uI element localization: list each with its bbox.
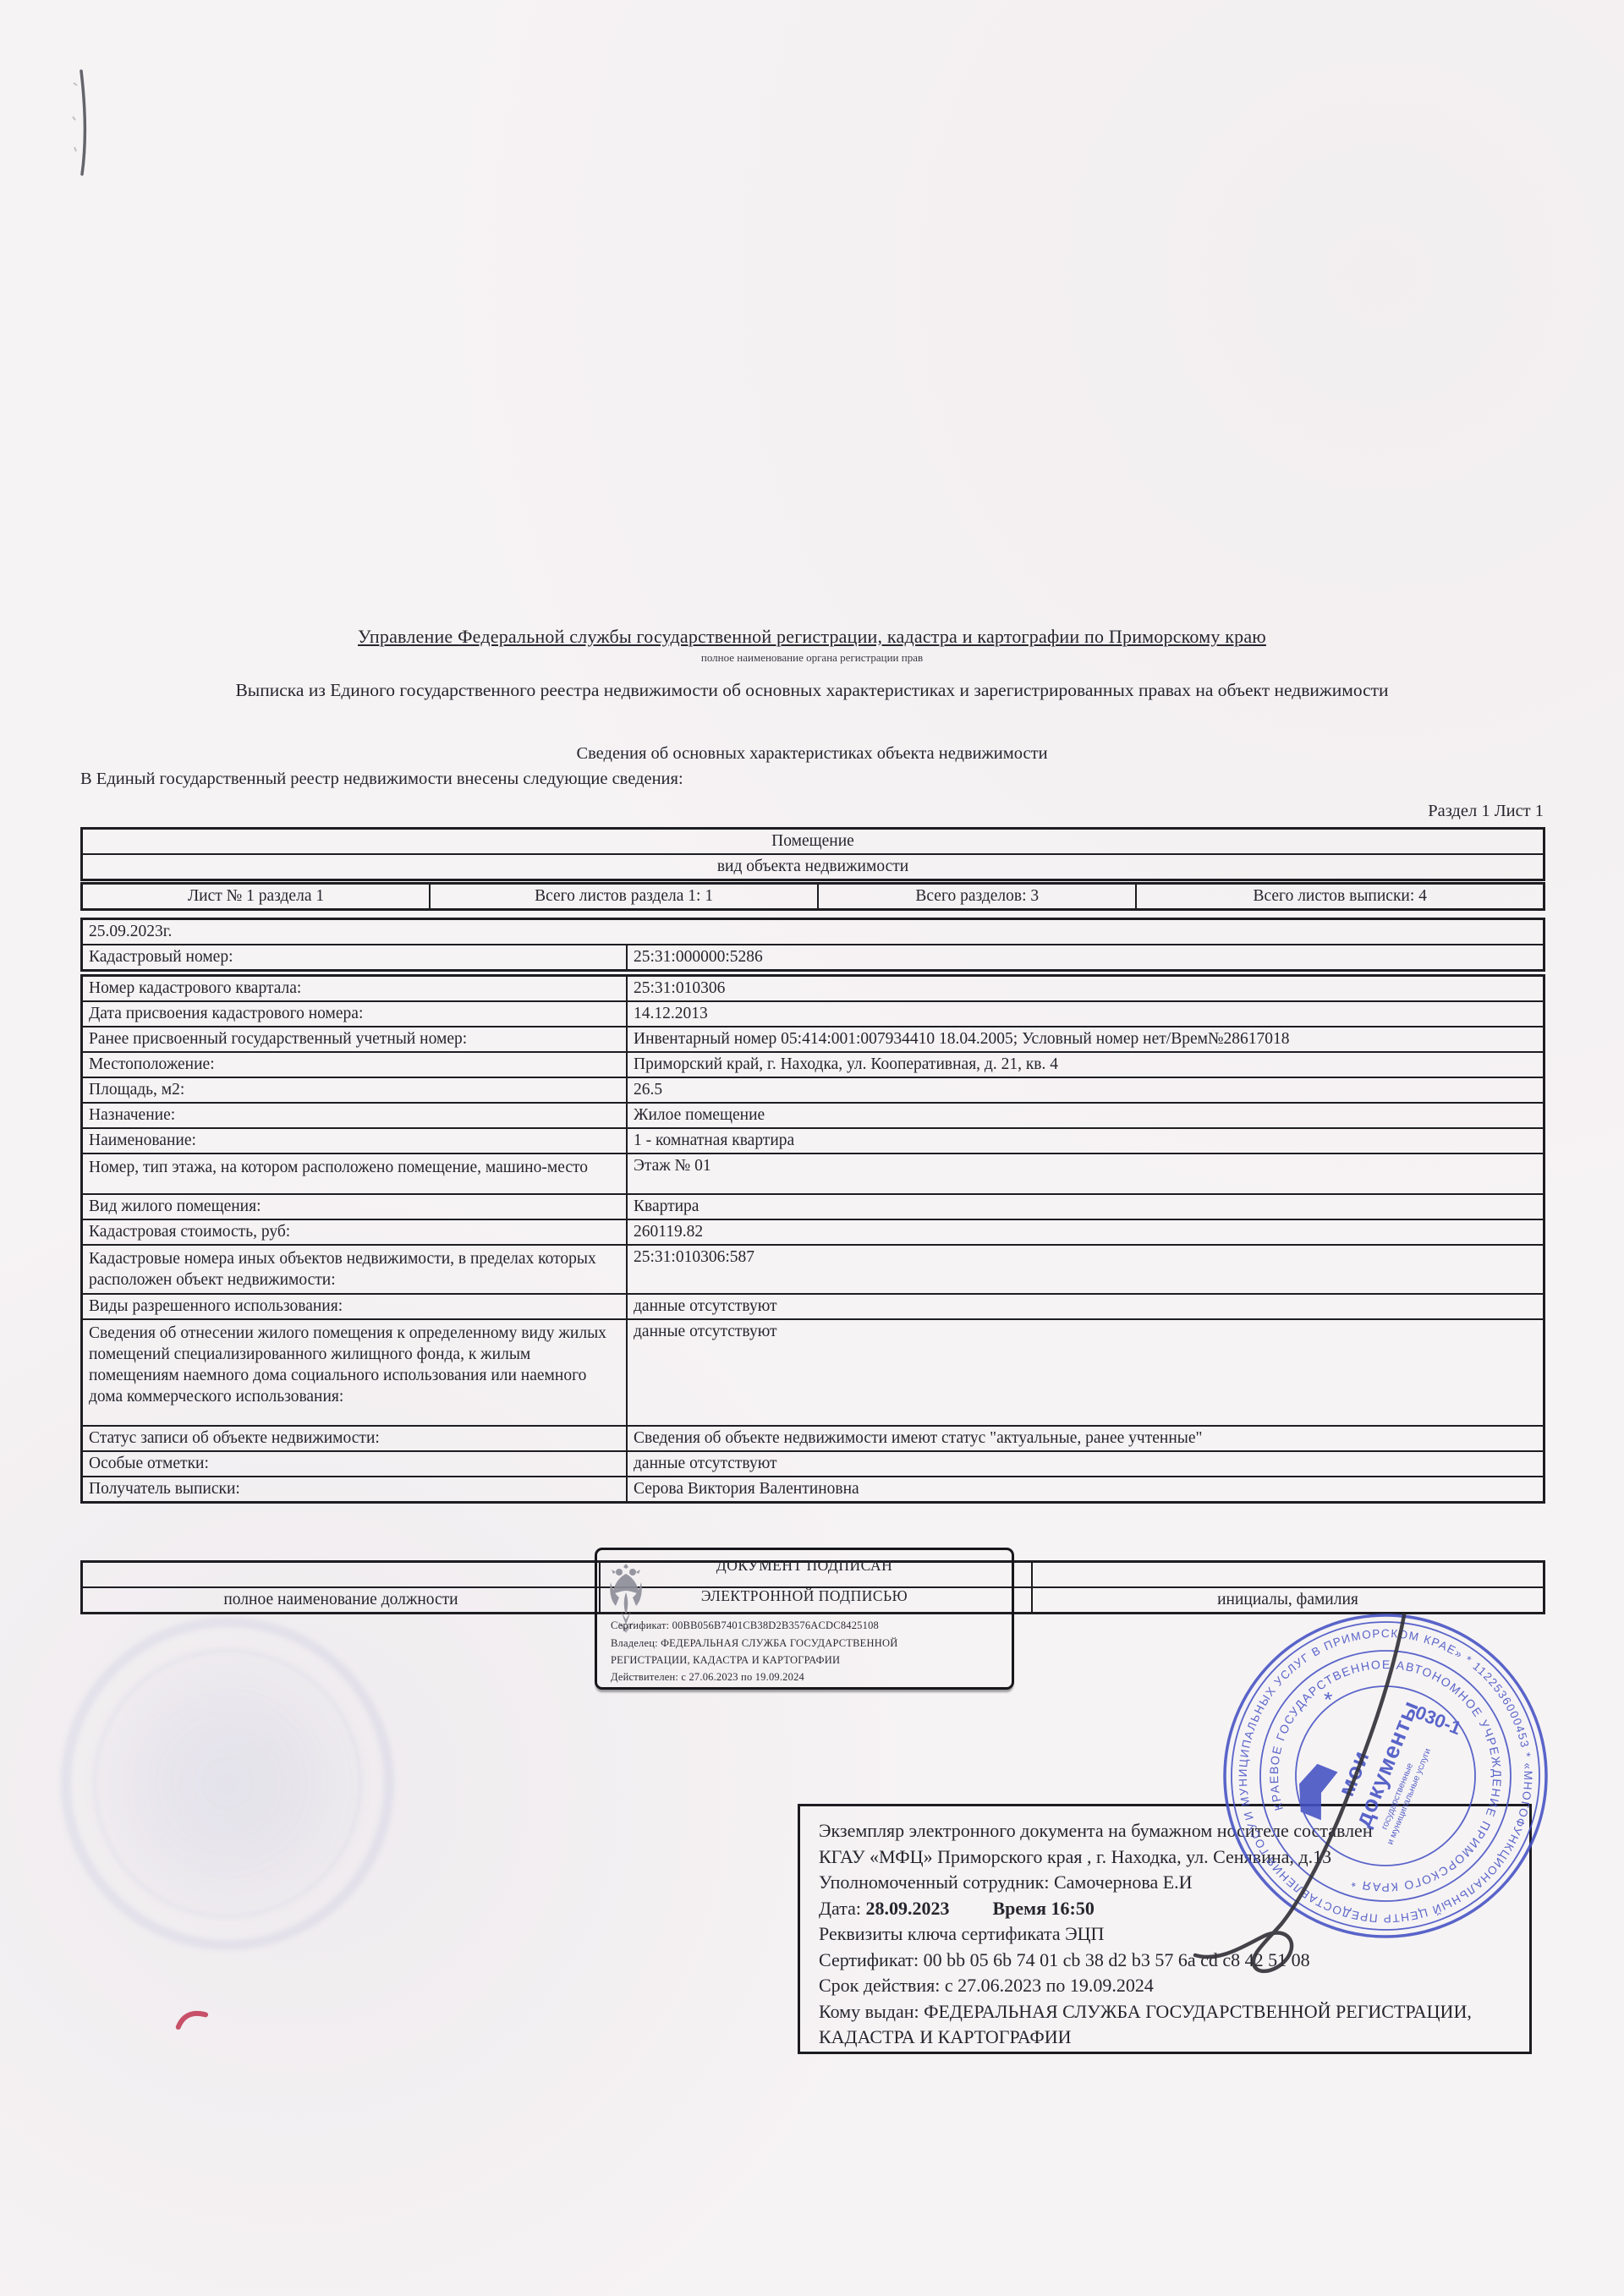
attributes-table: Номер кадастрового квартала: 25:31:01030…: [80, 974, 1545, 1504]
attribute-label: Вид жилого помещения:: [83, 1195, 626, 1219]
attribute-value: 25:31:010306: [626, 977, 1543, 1000]
intro-line: В Единый государственный реестр недвижим…: [80, 770, 683, 789]
attribute-value: 25:31:010306:587: [626, 1246, 1543, 1293]
esign-line2: ЭЛЕКТРОННОЙ ПОДПИСЬЮ: [597, 1587, 1012, 1605]
attribute-label: Получатель выписки:: [83, 1477, 626, 1501]
section-title: Сведения об основных характеристиках объ…: [0, 744, 1624, 764]
signature-cell-empty: [1033, 1563, 1543, 1586]
attribute-label: Наименование:: [83, 1129, 626, 1153]
cadastral-number-value: 25:31:000000:5286: [626, 945, 1543, 969]
attribute-label: Дата присвоения кадастрового номера:: [83, 1002, 626, 1026]
esign-certificate: Сертификат: 00BB056B7401CB38D2B3576ACDC8…: [611, 1619, 1000, 1632]
table-row: Вид жилого помещения: Квартира: [83, 1193, 1543, 1219]
cadastral-number-label: Кадастровый номер:: [83, 945, 626, 969]
sheet-info-cell: Лист № 1 раздела 1: [83, 885, 429, 908]
sheet-info-cell: Всего разделов: 3: [817, 885, 1135, 908]
attribute-value: Сведения об объекте недвижимости имеют с…: [626, 1427, 1543, 1450]
table-row: Местоположение: Приморский край, г. Нахо…: [83, 1051, 1543, 1077]
position-caption: полное наименование должности: [83, 1588, 599, 1612]
red-pen-mark: [174, 2004, 218, 2038]
attribute-label: Особые отметки:: [83, 1452, 626, 1476]
esignature-stamp-box: ДОКУМЕНТ ПОДПИСАН ЭЛЕКТРОННОЙ ПОДПИСЬЮ С…: [595, 1548, 1014, 1690]
attribute-value: данные отсутствуют: [626, 1320, 1543, 1425]
attribute-label: Номер кадастрового квартала:: [83, 977, 626, 1000]
attribute-value: Жилое помещение: [626, 1104, 1543, 1127]
sheet-info-table: Лист № 1 раздела 1 Всего листов раздела …: [80, 882, 1545, 911]
attribute-value: 26.5: [626, 1078, 1543, 1102]
table-row: Кадастровые номера иных объектов недвижи…: [83, 1244, 1543, 1293]
attribute-label: Ранее присвоенный государственный учетны…: [83, 1027, 626, 1051]
attribute-label: Местоположение:: [83, 1053, 626, 1077]
date-cadastral-table: 25.09.2023г. Кадастровый номер: 25:31:00…: [80, 918, 1545, 972]
time-value: 16:50: [1051, 1898, 1095, 1919]
esign-owner-line2: РЕГИСТРАЦИИ, КАДАСТРА И КАРТОГРАФИИ: [611, 1654, 1000, 1667]
date-label: Дата:: [819, 1898, 861, 1919]
document-title: Выписка из Единого государственного реес…: [0, 680, 1624, 701]
attribute-value: данные отсутствуют: [626, 1295, 1543, 1318]
attribute-value: Инвентарный номер 05:414:001:007934410 1…: [626, 1027, 1543, 1051]
attribute-value: данные отсутствуют: [626, 1452, 1543, 1476]
attribute-label: Кадастровая стоимость, руб:: [83, 1220, 626, 1244]
scanned-document-page: Управление Федеральной службы государств…: [0, 0, 1624, 2296]
object-type-caption: вид объекта недвижимости: [83, 855, 1543, 879]
object-type-table: Помещение вид объекта недвижимости: [80, 827, 1545, 881]
table-row: Кадастровая стоимость, руб: 260119.82: [83, 1219, 1543, 1244]
authority-name-caption: полное наименование органа регистрации п…: [0, 651, 1624, 665]
table-row: Ранее присвоенный государственный учетны…: [83, 1026, 1543, 1051]
table-row: Получатель выписки: Серова Виктория Вале…: [83, 1476, 1543, 1501]
handwritten-signature: [1146, 1590, 1501, 2063]
table-row: Особые отметки: данные отсутствуют: [83, 1450, 1543, 1476]
table-row: Виды разрешенного использования: данные …: [83, 1293, 1543, 1318]
table-row: Дата присвоения кадастрового номера: 14.…: [83, 1000, 1543, 1026]
attribute-label: Назначение:: [83, 1104, 626, 1127]
time-label: Время: [992, 1898, 1046, 1919]
signature-cell-empty: [83, 1563, 599, 1586]
attribute-label: Кадастровые номера иных объектов недвижи…: [83, 1246, 626, 1293]
object-type-value: Помещение: [83, 830, 1543, 853]
esign-validity: Действителен: с 27.06.2023 по 19.09.2024: [611, 1671, 1000, 1684]
table-row: Номер, тип этажа, на котором расположено…: [83, 1153, 1543, 1193]
table-row: Статус записи об объекте недвижимости: С…: [83, 1425, 1543, 1450]
table-row: Назначение: Жилое помещение: [83, 1102, 1543, 1127]
bleedthrough-stamp-ghost: [40, 1596, 416, 1972]
attribute-value: Квартира: [626, 1195, 1543, 1219]
attribute-label: Сведения об отнесении жилого помещения к…: [83, 1320, 626, 1425]
staple-mark: [71, 66, 100, 184]
sheet-info-cell: Всего листов выписки: 4: [1135, 885, 1543, 908]
section-page-reference: Раздел 1 Лист 1: [1428, 802, 1544, 821]
date-value: 28.09.2023: [865, 1898, 949, 1919]
attribute-label: Номер, тип этажа, на котором расположено…: [83, 1154, 626, 1193]
attribute-label: Статус записи об объекте недвижимости:: [83, 1427, 626, 1450]
esign-owner-line1: Владелец: ФЕДЕРАЛЬНАЯ СЛУЖБА ГОСУДАРСТВЕ…: [611, 1637, 1000, 1650]
table-row: Наименование: 1 - комнатная квартира: [83, 1127, 1543, 1153]
registration-authority-name: Управление Федеральной службы государств…: [0, 626, 1624, 648]
attribute-label: Виды разрешенного использования:: [83, 1295, 626, 1318]
attribute-value: Серова Виктория Валентиновна: [626, 1477, 1543, 1501]
table-row: Номер кадастрового квартала: 25:31:01030…: [83, 977, 1543, 1000]
extract-date: 25.09.2023г.: [83, 920, 1543, 944]
table-row: Сведения об отнесении жилого помещения к…: [83, 1318, 1543, 1425]
attribute-label: Площадь, м2:: [83, 1078, 626, 1102]
attribute-value: 260119.82: [626, 1220, 1543, 1244]
esign-line1: ДОКУМЕНТ ПОДПИСАН: [597, 1557, 1012, 1575]
attribute-value: Этаж № 01: [626, 1154, 1543, 1193]
attribute-value: 1 - комнатная квартира: [626, 1129, 1543, 1153]
attribute-value: Приморский край, г. Находка, ул. Коопера…: [626, 1053, 1543, 1077]
sheet-info-cell: Всего листов раздела 1: 1: [429, 885, 817, 908]
attribute-value: 14.12.2013: [626, 1002, 1543, 1026]
table-row: Площадь, м2: 26.5: [83, 1077, 1543, 1102]
